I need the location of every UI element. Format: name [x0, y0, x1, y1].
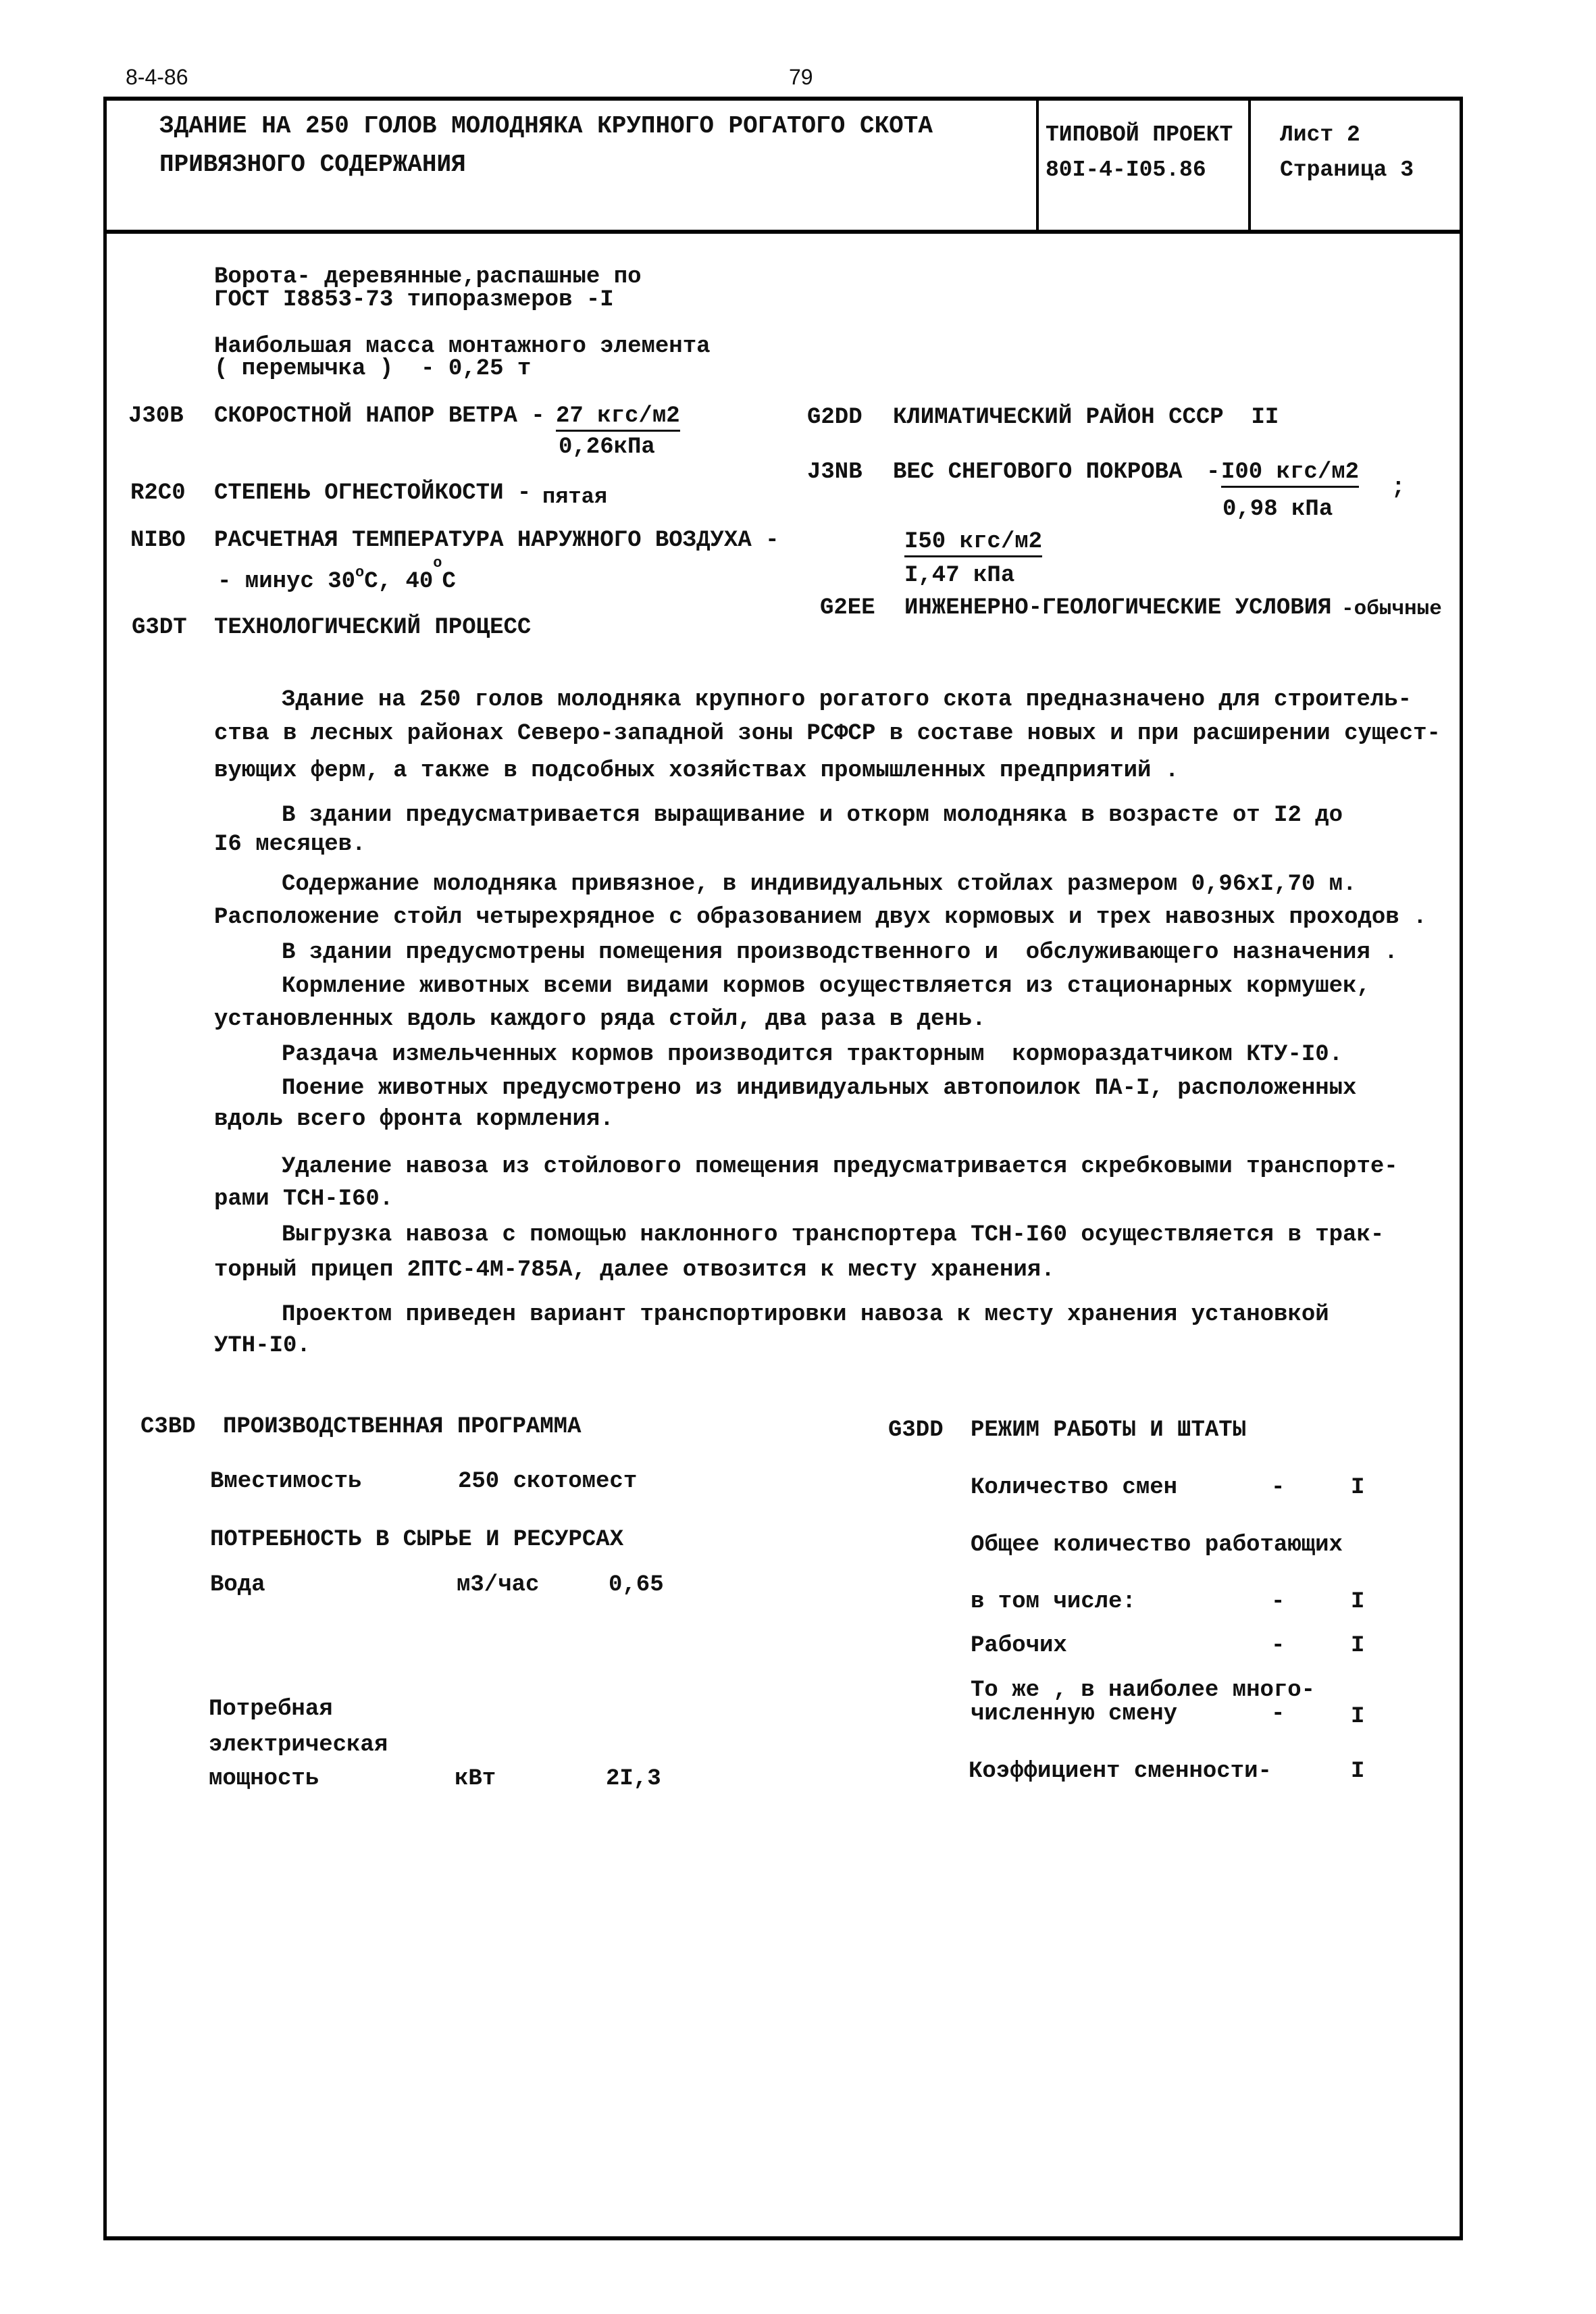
degree-sign: o — [433, 555, 442, 572]
water-value: 0,65 — [609, 1571, 664, 1599]
description-line: Выгрузка навоза с помощью наклонного тра… — [282, 1222, 1384, 1249]
temperature-suffix: C — [442, 569, 455, 595]
power-label-line-1: Потребная — [209, 1696, 333, 1723]
geology-code: G2EE — [820, 595, 875, 622]
page-number: 79 — [789, 64, 813, 91]
including-value: I — [1351, 1588, 1364, 1615]
staffing-title: РЕЖИМ РАБОТЫ И ШТАТЫ — [971, 1417, 1246, 1444]
fire-code: R2C0 — [130, 480, 186, 507]
description-line: Проектом приведен вариант транспортировк… — [282, 1301, 1329, 1328]
workers-value: I — [1351, 1632, 1364, 1659]
power-unit: кВт — [455, 1765, 496, 1792]
power-label-line-2: электрическая — [209, 1732, 388, 1759]
including-dash: - — [1271, 1588, 1285, 1615]
process-label: ТЕХНОЛОГИЧЕСКИЙ ПРОЦЕСС — [214, 614, 531, 641]
document-code: 8-4-86 — [126, 64, 188, 91]
production-title: ПРОИЗВОДСТВЕННАЯ ПРОГРАММА — [223, 1413, 582, 1440]
gates-note-line-2: ГОСТ I8853-73 типоразмеров -I — [214, 286, 614, 313]
water-unit: м3/час — [457, 1571, 539, 1599]
description-line: В здании предусмотрены помещения произво… — [282, 939, 1398, 966]
description-line: Здание на 250 голов молодняка крупного р… — [282, 686, 1412, 713]
shifts-label: Количество смен — [971, 1474, 1177, 1501]
degree-sign: o — [355, 564, 364, 581]
geology-label: ИНЖЕНЕРНО-ГЕОЛОГИЧЕСКИЕ УСЛОВИЯ — [904, 595, 1332, 622]
snow-value-2: I50 кгс/м2 — [904, 528, 1042, 557]
including-label: в том числе: — [971, 1588, 1136, 1615]
description-line: Поение животных предусмотрено из индивид… — [282, 1075, 1356, 1102]
description-line: рами ТСН-I60. — [214, 1186, 393, 1213]
wind-value: 27 кгс/м2 — [556, 403, 680, 432]
max-shift-label-line-1: То же , в наиболее много- — [971, 1677, 1315, 1704]
description-line: Содержание молодняка привязное, в индиви… — [282, 871, 1356, 898]
description-line: Кормление животных всеми видами кормов о… — [282, 973, 1370, 1000]
max-shift-label-line-2: численную смену — [971, 1701, 1177, 1728]
title-block-divider-1 — [1036, 97, 1039, 232]
shift-coefficient-label: Коэффициент сменности- — [969, 1758, 1272, 1785]
power-value: 2I,3 — [606, 1765, 661, 1792]
climate-code: G2DD — [807, 404, 863, 431]
description-line: ства в лесных районах Северо-западной зо… — [214, 720, 1441, 747]
description-line: установленных вдоль каждого ряда стойл, … — [214, 1006, 986, 1033]
document-title-line-1: ЗДАНИЕ НА 250 ГОЛОВ МОЛОДНЯКА КРУПНОГО Р… — [159, 113, 933, 140]
description-line: Удаление навоза из стойлового помещения … — [282, 1153, 1398, 1180]
process-code: G3DT — [132, 614, 187, 641]
snow-value-2-si: I,47 кПа — [904, 562, 1014, 589]
snow-value-1-si: 0,98 кПа — [1222, 496, 1333, 523]
description-line: I6 месяцев. — [214, 831, 365, 858]
description-line: вующих ферм, а также в подсобных хозяйст… — [214, 757, 1179, 784]
description-line: Раздача измельченных кормов производится… — [282, 1041, 1343, 1068]
capacity-value: 250 скотомест — [458, 1468, 637, 1495]
description-line: вдоль всего фронта кормления. — [214, 1106, 614, 1133]
document-title-line-2: ПРИВЯЗНОГО СОДЕРЖАНИЯ — [159, 151, 466, 178]
water-label: Вода — [210, 1571, 265, 1599]
snow-value-1: I00 кгс/м2 — [1221, 459, 1359, 488]
mass-note-line-2: ( перемычка ) - 0,25 т — [214, 355, 531, 382]
description-line: УТН-I0. — [214, 1332, 311, 1359]
climate-label: КЛИМАТИЧЕСКИЙ РАЙОН СССР II — [893, 404, 1279, 431]
temperature-prefix: - минус 30 — [217, 569, 355, 595]
snow-code: J3NB — [807, 459, 863, 486]
fire-label: СТЕПЕНЬ ОГНЕСТОЙКОСТИ - — [214, 480, 531, 507]
workers-dash: - — [1271, 1632, 1285, 1659]
title-block-divider-2 — [1248, 97, 1251, 232]
snow-separator: ; — [1391, 474, 1405, 501]
max-shift-dash: - — [1271, 1701, 1285, 1728]
wind-code: J30B — [128, 403, 184, 430]
power-label-line-3: мощность — [209, 1765, 319, 1792]
staffing-code: G3DD — [888, 1417, 944, 1444]
description-line: В здании предусматривается выращивание и… — [282, 802, 1343, 829]
wind-value-si: 0,26кПа — [559, 434, 655, 461]
sheet-number: Лист 2 — [1280, 122, 1360, 149]
temperature-value: - минус 30oC, 40oC — [217, 568, 456, 597]
workers-label: Рабочих — [971, 1632, 1067, 1659]
description-line: Расположение стойл четырехрядное с образ… — [214, 904, 1427, 931]
geology-value: -обычные — [1341, 596, 1442, 623]
fire-value: пятая — [542, 484, 607, 511]
capacity-label: Вместимость — [210, 1468, 361, 1495]
production-code: C3BD — [140, 1413, 196, 1440]
project-number: 80I-4-I05.86 — [1046, 157, 1206, 184]
snow-label: ВЕС СНЕГОВОГО ПОКРОВА — [893, 459, 1182, 486]
page-label: Страница 3 — [1280, 157, 1414, 184]
total-workers-label: Общее количество работающих — [971, 1532, 1343, 1559]
snow-dash: - — [1206, 459, 1220, 486]
shifts-dash: - — [1271, 1474, 1285, 1501]
title-block-bottom-rule — [103, 230, 1463, 234]
project-label: ТИПОВОЙ ПРОЕКТ — [1046, 122, 1233, 149]
shift-coefficient-value: I — [1351, 1758, 1364, 1785]
max-shift-value: I — [1351, 1703, 1364, 1730]
temperature-mid: C, 40 — [364, 569, 433, 595]
temperature-code: NIBO — [130, 527, 186, 554]
shifts-value: I — [1351, 1474, 1364, 1501]
description-line: торный прицеп 2ПТС-4М-785А, далее отвози… — [214, 1257, 1055, 1284]
wind-label: СКОРОСТНОЙ НАПОР ВЕТРА - — [214, 403, 545, 430]
resources-title: ПОТРЕБНОСТЬ В СЫРЬЕ И РЕСУРСАХ — [210, 1526, 623, 1553]
temperature-label: РАСЧЕТНАЯ ТЕМПЕРАТУРА НАРУЖНОГО ВОЗДУХА … — [214, 527, 779, 554]
